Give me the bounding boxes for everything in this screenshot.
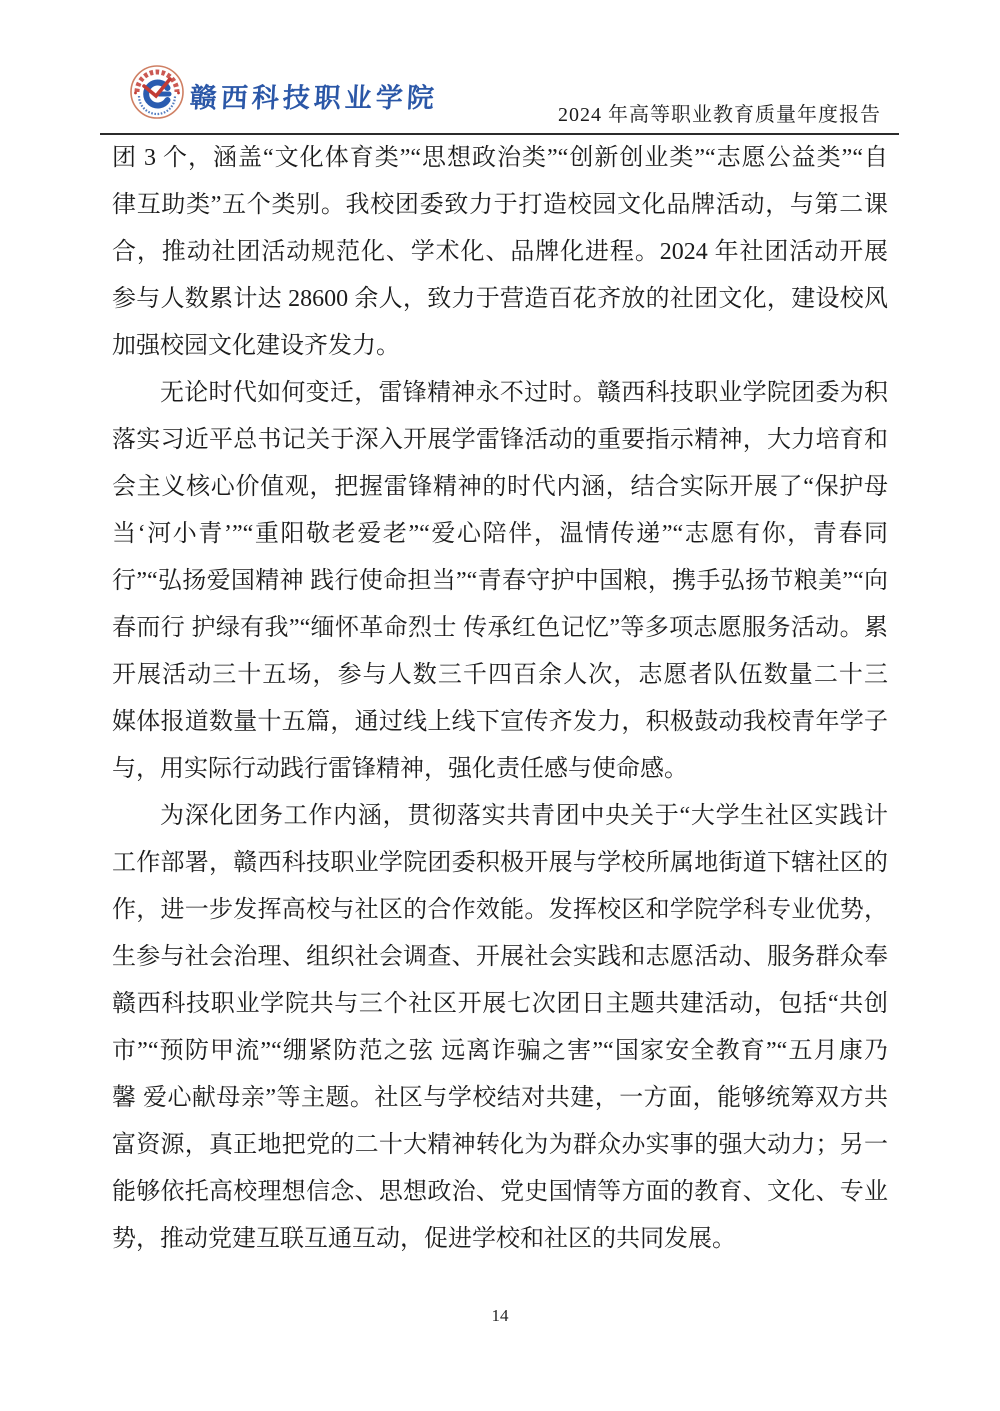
page-number: 14: [0, 1306, 1000, 1326]
paragraph-line: 无论时代如何变迁，雷锋精神永不过时。赣西科技职业学院团委为积极贯彻: [112, 370, 888, 417]
paragraph: 无论时代如何变迁，雷锋精神永不过时。赣西科技职业学院团委为积极贯彻 落实习近平总…: [112, 370, 888, 793]
document-page: 赣西科技职业学院 2024 年高等职业教育质量年度报告 团 3 个，涵盖“文化体…: [0, 0, 1000, 1411]
paragraph-line: 势，推动党建互联互通互动，促进学校和社区的共同发展。: [112, 1216, 888, 1263]
paragraph-line: 行”“弘扬爱国精神 践行使命担当”“青春守护中国粮，携手弘扬节粮美”“向: [112, 558, 888, 605]
paragraph-line: 律互助类”五个类别。我校团委致力于打造校园文化品牌活动，与第二课堂相结: [112, 182, 888, 229]
paragraph-line: 市”“预防甲流”“绷紧防范之弦 远离诈骗之害”“国家安全教育”“五月康乃: [112, 1028, 888, 1075]
paragraph-line: 春而行 护绿有我”“缅怀革命烈士 传承红色记忆”等多项志愿服务活动。累计: [112, 605, 888, 652]
college-seal-icon: [129, 63, 185, 121]
paragraph-line: 与，用实际行动践行雷锋精神，强化责任感与使命感。: [112, 746, 888, 793]
paragraph-line: 生参与社会治理、组织社会调查、开展社会实践和志愿活动、服务群众奉献社会.: [112, 934, 888, 981]
paragraph-line: 工作部署，赣西科技职业学院团委积极开展与学校所属地街道下辖社区的共建工: [112, 840, 888, 887]
college-name: 赣西科技职业学院: [189, 76, 439, 115]
paragraph-line: 会主义核心价值观，把握雷锋精神的时代内涵，结合实际开展了“保护母亲河 争: [112, 464, 888, 511]
paragraph-line: 富资源，真正地把党的二十大精神转化为为群众办实事的强大动力；另一方面，: [112, 1122, 888, 1169]
paragraph-line: 开展活动三十五场，参与人数三千四百余人次，志愿者队伍数量二十三支，宣传: [112, 652, 888, 699]
paragraph-line: 参与人数累计达 28600 余人，致力于营造百花齐放的社团文化，建设校风和学风，: [112, 276, 888, 323]
document-body: 团 3 个，涵盖“文化体育类”“思想政治类”“创新创业类”“志愿公益类”“自 律…: [112, 135, 888, 1263]
paragraph-line: 合，推动社团活动规范化、学术化、品牌化进程。2024 年社团活动开展 36 场次…: [112, 229, 888, 276]
paragraph-line: 赣西科技职业学院共与三个社区开展七次团日主题共建活动，包括“共创文明城: [112, 981, 888, 1028]
college-seal-logo: [129, 63, 185, 121]
paragraph-line: 为深化团务工作内涵，贯彻落实共青团中央关于“大学生社区实践计划”的: [112, 793, 888, 840]
paragraph-line: 当‘河小青’”“重阳敬老爱老”“爱心陪伴，温情传递”“志愿有你，青春同: [112, 511, 888, 558]
paragraph-line: 能够依托高校理想信念、思想政治、党史国情等方面的教育、文化、专业资源优: [112, 1169, 888, 1216]
paragraph-line: 加强校园文化建设齐发力。: [112, 323, 888, 370]
paragraph: 团 3 个，涵盖“文化体育类”“思想政治类”“创新创业类”“志愿公益类”“自 律…: [112, 135, 888, 370]
paragraph-line: 团 3 个，涵盖“文化体育类”“思想政治类”“创新创业类”“志愿公益类”“自: [112, 135, 888, 182]
paragraph-line: 媒体报道数量十五篇，通过线上线下宣传齐发力，积极鼓动我校青年学子踊跃参: [112, 699, 888, 746]
paragraph-line: 作，进一步发挥高校与社区的合作效能。发挥校区和学院学科专业优势，引导学: [112, 887, 888, 934]
paragraph: 为深化团务工作内涵，贯彻落实共青团中央关于“大学生社区实践计划”的 工作部署，赣…: [112, 793, 888, 1263]
paragraph-line: 落实习近平总书记关于深入开展学雷锋活动的重要指示精神，大力培育和弘扬社: [112, 417, 888, 464]
report-title: 2024 年高等职业教育质量年度报告: [558, 98, 881, 127]
paragraph-line: 馨 爱心献母亲”等主题。社区与学校结对共建，一方面，能够统筹双方共享的丰: [112, 1075, 888, 1122]
